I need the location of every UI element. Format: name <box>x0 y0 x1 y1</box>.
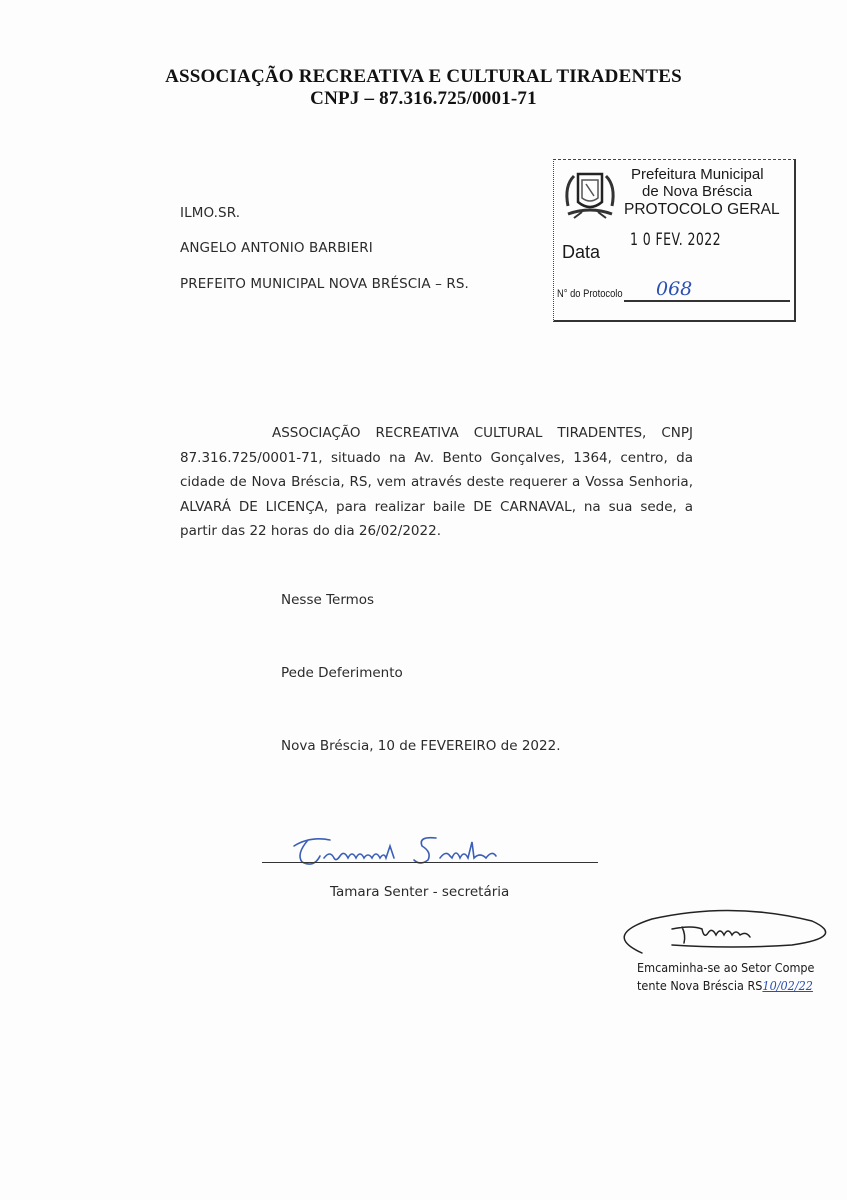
stamp-protocol-label: N° do Protocolo <box>557 288 623 300</box>
stamp-protocol-number: 068 <box>656 278 692 300</box>
request-paragraph: ASSOCIAÇÃO RECREATIVA CULTURAL TIRADENTE… <box>180 421 693 544</box>
addressee-title: PREFEITO MUNICIPAL NOVA BRÉSCIA – RS. <box>180 276 469 292</box>
forward-note-prefix: tente Nova Bréscia RS <box>637 978 762 993</box>
addressee-salutation: ILMO.SR. <box>180 205 240 221</box>
addressee-name: ANGELO ANTONIO BARBIERI <box>180 240 373 256</box>
signatory-name: Tamara Senter - secretária <box>330 884 509 900</box>
stamp-date-label: Data <box>562 242 600 263</box>
forward-note-line-1: Emcaminha-se ao Setor Compe <box>637 960 814 975</box>
official-rubric-signature <box>612 905 837 960</box>
handwritten-signature <box>290 832 550 874</box>
signature-line <box>262 862 598 863</box>
protocol-stamp: Prefeitura Municipal de Nova Bréscia PRO… <box>553 159 796 322</box>
organization-name: ASSOCIAÇÃO RECREATIVA E CULTURAL TIRADEN… <box>0 66 847 88</box>
stamp-line-1: Prefeitura Municipal <box>631 166 764 183</box>
forward-note-date: 10/02/22 <box>762 978 813 993</box>
closing-line-1: Nesse Termos <box>281 592 374 608</box>
stamp-date-value: 1 0 FEV. 2022 <box>630 230 721 250</box>
organization-cnpj: CNPJ – 87.316.725/0001-71 <box>0 88 847 110</box>
place-and-date: Nova Bréscia, 10 de FEVEREIRO de 2022. <box>281 738 561 754</box>
stamp-protocol-line <box>624 300 790 302</box>
forward-note-line-2: tente Nova Bréscia RS10/02/22 <box>637 978 813 993</box>
request-paragraph-text: ASSOCIAÇÃO RECREATIVA CULTURAL TIRADENTE… <box>180 425 693 539</box>
stamp-line-2: de Nova Bréscia <box>642 183 752 200</box>
stamp-line-3: PROTOCOLO GERAL <box>624 201 780 219</box>
closing-line-2: Pede Deferimento <box>281 665 403 681</box>
municipal-crest-icon <box>560 166 620 226</box>
